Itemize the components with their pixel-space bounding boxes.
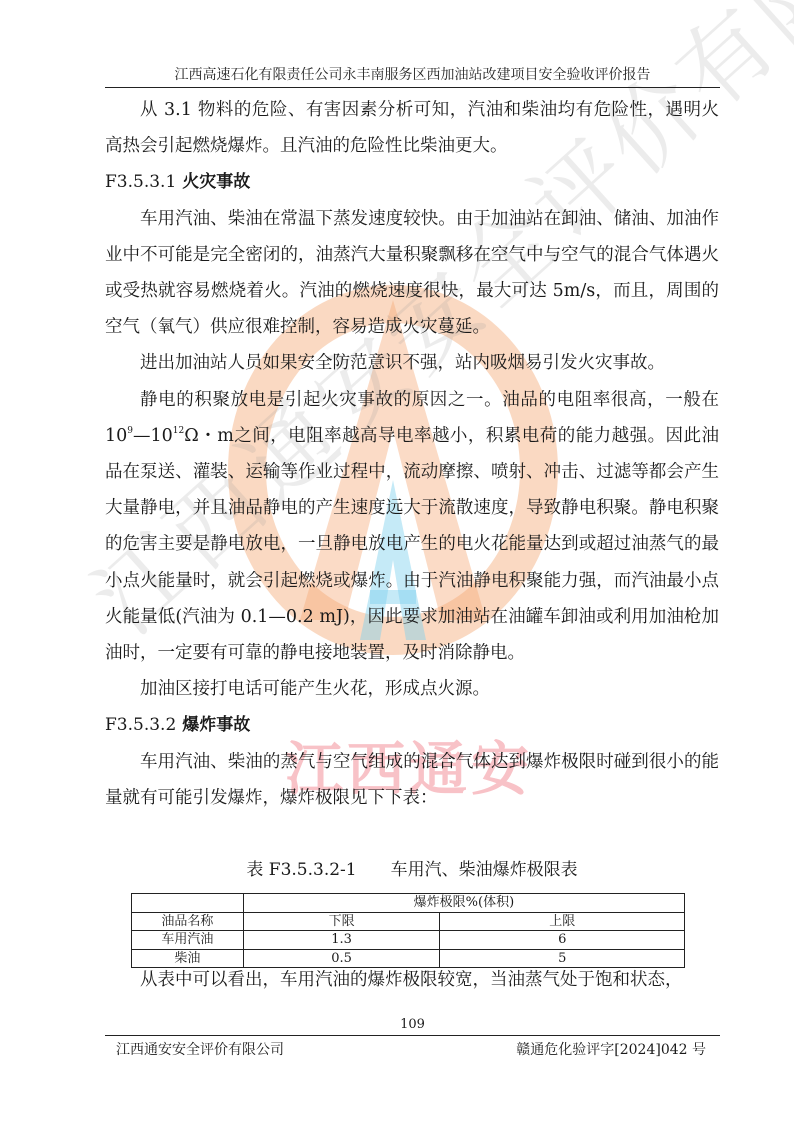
section-title: 爆炸事故 — [182, 715, 250, 735]
table-caption: 表 F3.5.3.2-1 车用汽、柴油爆炸极限表 — [105, 855, 719, 880]
table-row: 车用汽油 1.3 6 — [132, 931, 685, 950]
table-header-row: 爆炸极限%(体积) — [132, 894, 685, 913]
footer-company: 江西通安安全评价有限公司 — [116, 1039, 284, 1059]
page-number: 109 — [105, 1017, 720, 1032]
table-corner-cell — [132, 894, 244, 913]
table-header-row: 油品名称 下限 上限 — [132, 912, 685, 931]
explosion-limits-table: 爆炸极限%(体积) 油品名称 下限 上限 车用汽油 1.3 6 柴油 0.5 5 — [131, 893, 685, 968]
table-cell: 6 — [440, 931, 685, 950]
explosion-paragraph: 车用汽油、柴油的蒸气与空气组成的混合气体达到爆炸极限时碰到很小的能量就有可能引发… — [105, 744, 719, 816]
section-number: F3.5.3.2 — [105, 715, 176, 735]
table-group-header: 爆炸极限%(体积) — [243, 894, 684, 913]
running-header: 江西高速石化有限责任公司永丰南服务区西加油站改建项目安全验收评价报告 — [105, 64, 720, 84]
exponent-12: 12 — [173, 426, 184, 436]
fire-paragraph-1: 车用汽油、柴油在常温下蒸发速度较快。由于加油站在卸油、储油、加油作业中不可能是完… — [105, 201, 719, 346]
footer-doc-number: 赣通危化验评字[2024]042 号 — [516, 1039, 706, 1059]
section-number: F3.5.3.1 — [105, 172, 176, 192]
header-divider — [105, 87, 720, 88]
footer-divider — [105, 1035, 720, 1036]
column-header: 上限 — [440, 912, 685, 931]
table-cell: 车用汽油 — [132, 931, 244, 950]
intro-paragraph: 从 3.1 物料的危险、有害因素分析可知，汽油和柴油均有危险性，遇明火高热会引起… — [105, 92, 719, 164]
column-header: 油品名称 — [132, 912, 244, 931]
table-cell: 1.3 — [243, 931, 440, 950]
static-text-dash: —10 — [133, 426, 173, 446]
document-page: 江西通安 江西通安安全评价有限公司 江西高速石化有限责任公司永丰南服务区西加油站… — [0, 0, 794, 1123]
section-heading-explosion: F3.5.3.2 爆炸事故 — [105, 707, 719, 743]
document-body: 从 3.1 物料的危险、有害因素分析可知，汽油和柴油均有危险性，遇明火高热会引起… — [105, 92, 719, 816]
after-table-paragraph: 从表中可以看出，车用汽油的爆炸极限较宽，当油蒸气处于饱和状态， — [105, 965, 719, 995]
fire-paragraph-2: 进出加油站人员如果安全防范意识不强，站内吸烟易引发火灾事故。 — [105, 345, 719, 381]
section-title: 火灾事故 — [182, 172, 250, 192]
column-header: 下限 — [243, 912, 440, 931]
phone-paragraph: 加油区接打电话可能产生火花，形成点火源。 — [105, 671, 719, 707]
section-heading-fire: F3.5.3.1 火灾事故 — [105, 164, 719, 200]
static-text-2: Ω・m之间，电阻率越高导电率越小，积累电荷的能力越强。因此油品在泵送、灌装、运输… — [105, 426, 719, 663]
static-electricity-paragraph: 静电的积聚放电是引起火灾事故的原因之一。油品的电阻率很高，一般在 109—101… — [105, 382, 719, 672]
